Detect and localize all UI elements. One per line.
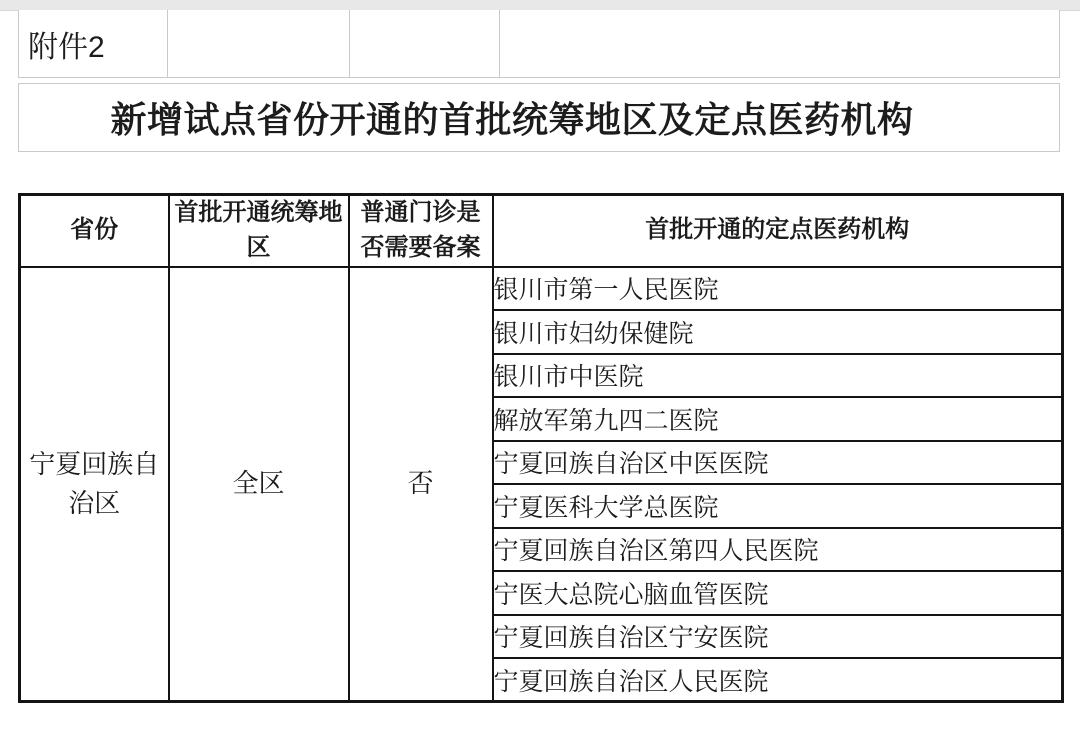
table-header-row: 省份 首批开通统筹地 区 普通门诊是 否需要备案 首批开通的定点医药机构	[20, 195, 1063, 267]
province-cell: 宁夏回族自 治区	[20, 267, 169, 702]
institution-cell: 银川市第一人民医院	[493, 267, 1063, 311]
filing-cell: 否	[349, 267, 493, 702]
empty-cell	[168, 10, 350, 77]
attachment-label: 附件2	[19, 22, 105, 66]
institution-cell: 宁医大总院心脑血管医院	[493, 571, 1063, 615]
header-province: 省份	[20, 195, 169, 267]
institution-cell: 解放军第九四二医院	[493, 397, 1063, 441]
header-filing: 普通门诊是 否需要备案	[349, 195, 493, 267]
attachment-row: 附件2	[18, 10, 1060, 78]
empty-cell	[500, 10, 1059, 77]
institution-cell: 宁夏回族自治区第四人民医院	[493, 528, 1063, 572]
document-page: 附件2 新增试点省份开通的首批统筹地区及定点医药机构 省份 首批开通统筹地 区 …	[0, 0, 1080, 734]
institution-cell: 银川市妇幼保健院	[493, 310, 1063, 354]
region-cell: 全区	[169, 267, 349, 702]
header-institutions: 首批开通的定点医药机构	[493, 195, 1063, 267]
institution-cell: 宁夏医科大学总医院	[493, 484, 1063, 528]
attachment-label-cell: 附件2	[19, 10, 168, 77]
empty-cell	[350, 10, 500, 77]
institution-cell: 银川市中医院	[493, 354, 1063, 398]
institution-cell: 宁夏回族自治区人民医院	[493, 658, 1063, 702]
header-regions: 首批开通统筹地 区	[169, 195, 349, 267]
title-row: 新增试点省份开通的首批统筹地区及定点医药机构	[18, 83, 1060, 152]
page-title: 新增试点省份开通的首批统筹地区及定点医药机构	[110, 92, 967, 143]
institution-cell: 宁夏回族自治区宁安医院	[493, 615, 1063, 659]
table-row: 宁夏回族自 治区 全区 否 银川市第一人民医院	[20, 267, 1063, 311]
institutions-table: 省份 首批开通统筹地 区 普通门诊是 否需要备案 首批开通的定点医药机构 宁夏回…	[18, 193, 1064, 703]
institution-cell: 宁夏回族自治区中医医院	[493, 441, 1063, 485]
